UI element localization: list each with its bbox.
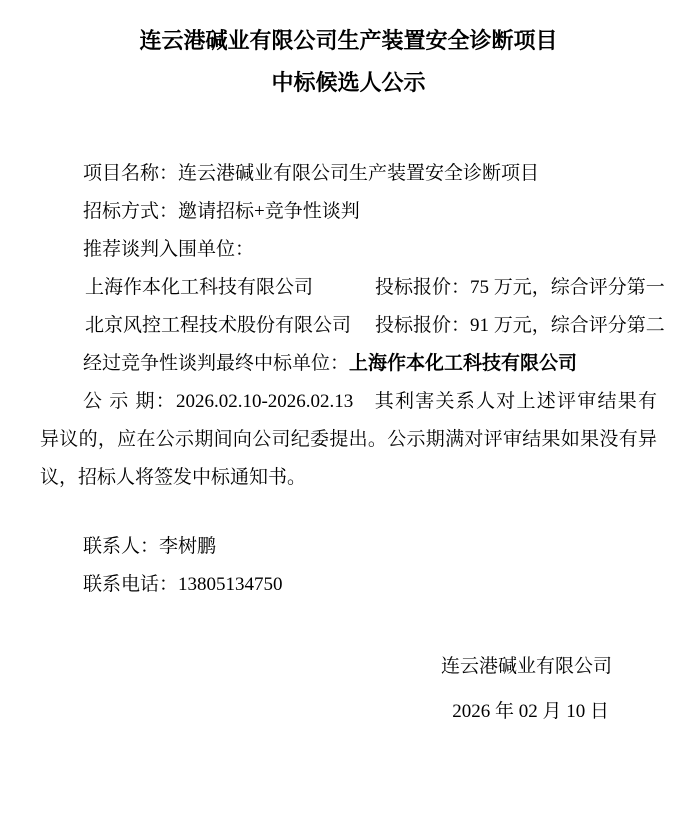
- publicity-period-line-2: 异议的，应在公示期间向公司纪委提出。公示期满对评审结果如果没有异: [40, 421, 657, 459]
- bidder-name: 上海作本化工科技有限公司: [85, 269, 375, 307]
- bidder-row: 上海作本化工科技有限公司投标报价：75 万元，综合评分第一: [40, 269, 657, 307]
- winner-name: 上海作本化工科技有限公司: [349, 353, 577, 374]
- winner-line: 经过竞争性谈判最终中标单位：上海作本化工科技有限公司: [40, 345, 657, 383]
- bidder-name: 北京风控工程技术股份有限公司: [85, 307, 375, 345]
- contact-phone-line: 联系电话：13805134750: [40, 566, 657, 604]
- shortlist-heading-line: 推荐谈判入围单位：: [40, 231, 657, 269]
- document-page: 连云港碱业有限公司生产装置安全诊断项目 中标候选人公示 项目名称：连云港碱业有限…: [0, 0, 697, 835]
- document-title-line1: 连云港碱业有限公司生产装置安全诊断项目: [0, 24, 697, 58]
- winner-prefix: 经过竞争性谈判最终中标单位：: [83, 353, 349, 374]
- contact-person-line: 联系人：李树鹏: [40, 528, 657, 566]
- signature-date: 2026 年 02 月 10 日: [40, 693, 657, 731]
- bidder-quote: 投标报价：75 万元，综合评分第一: [375, 277, 665, 298]
- bidder-row: 北京风控工程技术股份有限公司投标报价：91 万元，综合评分第二: [40, 307, 657, 345]
- publicity-period-line-1: 公 示 期：2026.02.10-2026.02.13 其利害关系人对上述评审结…: [40, 383, 657, 421]
- publicity-period-line-3: 议，招标人将签发中标通知书。: [40, 459, 657, 497]
- document-body: 项目名称：连云港碱业有限公司生产装置安全诊断项目 招标方式：邀请招标+竞争性谈判…: [0, 155, 697, 731]
- document-title-line2: 中标候选人公示: [0, 66, 697, 100]
- bidder-quote: 投标报价：91 万元，综合评分第二: [375, 315, 665, 336]
- signature-company: 连云港碱业有限公司: [40, 648, 657, 686]
- bid-method-line: 招标方式：邀请招标+竞争性谈判: [40, 193, 657, 231]
- project-name-line: 项目名称：连云港碱业有限公司生产装置安全诊断项目: [40, 155, 657, 193]
